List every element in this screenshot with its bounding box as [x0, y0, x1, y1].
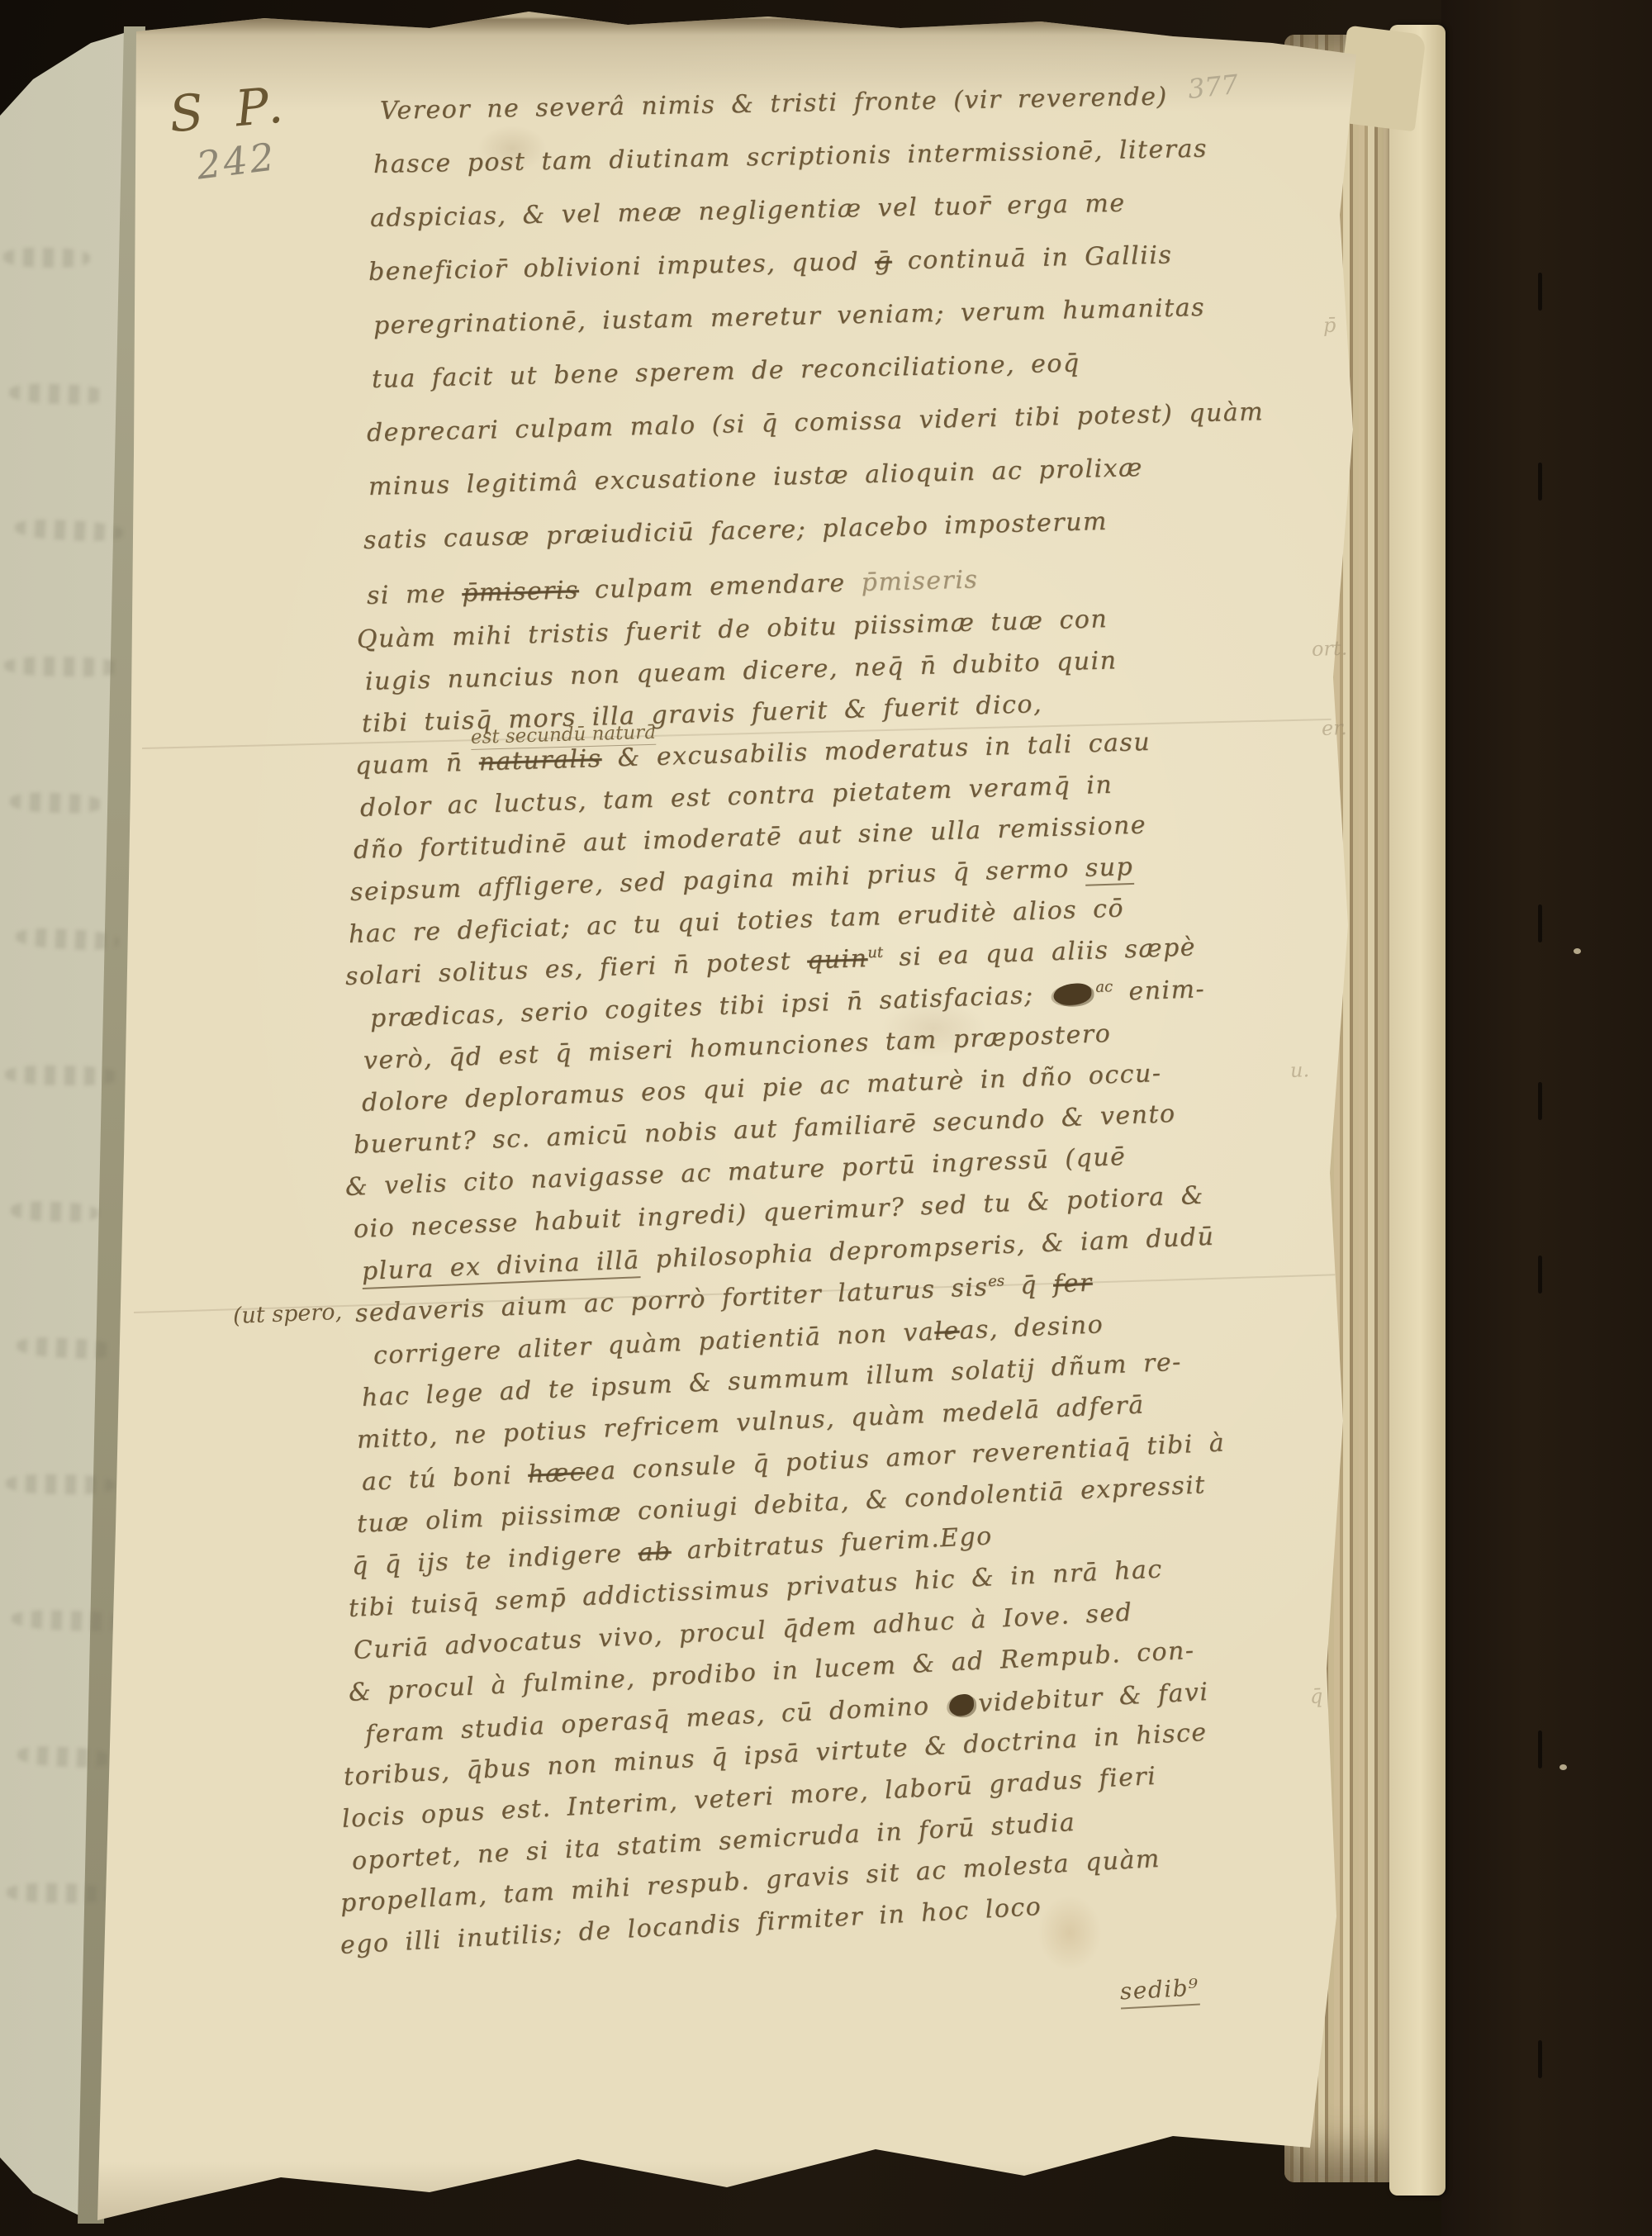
text-run: si ea qua aliis sæpè: [883, 933, 1197, 972]
offset-ink-mark: er.: [1322, 716, 1348, 740]
text-run: culpam emendare: [578, 568, 862, 605]
text-run: enim-: [1113, 975, 1206, 1007]
offset-ink-mark: ort.: [1312, 637, 1348, 661]
text-run: solari solitus es, fieri n̄ potest: [344, 947, 807, 991]
text-run: hasce post tam diutinam scriptionis inte…: [373, 135, 1208, 179]
text-run: tua facit ut bene sperem de reconciliati…: [372, 349, 1080, 394]
text-run: tibi tuisq̄ mors illa gravis fuerit & fu…: [361, 690, 1042, 738]
text-run: p̄miseris: [861, 565, 979, 597]
struck-text: fer: [1052, 1269, 1093, 1299]
manuscript-line: satis causæ præiudiciū facere; placebo i…: [363, 508, 1108, 554]
manuscript-line: Vereor ne severâ nimis & tristi fronte (…: [380, 83, 1168, 125]
salutation-mark: S P.: [167, 76, 293, 145]
manuscript-text: S P. 242 377 sedib⁹ Vereor ne severâ nim…: [0, 0, 1652, 2236]
text-run: plura ex divina illā: [361, 1246, 640, 1289]
text-run: minus legitimâ excusatione iustæ alioqui…: [368, 453, 1144, 501]
text-run: q̄ q̄ ijs te indigere: [351, 1539, 638, 1581]
text-run: es: [988, 1272, 1005, 1290]
manuscript-line: tibi tuisq̄ mors illa gravis fuerit & fu…: [362, 691, 1043, 738]
catchword: sedib⁹: [1119, 1974, 1200, 2010]
manuscript-line: minus legitimâ excusatione iustæ alioqui…: [368, 454, 1144, 501]
text-run: ac tú boni: [361, 1460, 529, 1497]
text-run: ac: [1095, 978, 1113, 996]
text-run: continuā in Galliis: [891, 240, 1172, 275]
text-run: Quàm mihi tristis fuerit de obitu piissi…: [357, 605, 1108, 654]
corner-folio-number: 377: [1186, 69, 1240, 105]
manuscript-line: iugis nuncius non queam dicere, neq̄ n̄ …: [365, 647, 1118, 695]
struck-text: le: [933, 1317, 960, 1346]
text-run: si me: [367, 579, 463, 610]
manuscript-line: dolor ac luctus, tam est contra pietatem…: [359, 771, 1113, 822]
text-run: Ego: [939, 1522, 993, 1553]
pencil-folio-number: 242: [194, 134, 279, 188]
struck-text: ab: [638, 1537, 672, 1568]
text-run: adspicias, & vel meæ negligentiæ vel tuo…: [370, 189, 1126, 233]
offset-ink-mark: p̄: [1323, 314, 1336, 337]
struck-text: quin: [806, 944, 868, 976]
offset-ink-mark: q̄: [1310, 1684, 1323, 1708]
text-run: peregrinationē, iustam meretur veniam; v…: [373, 293, 1206, 340]
struck-text: hæc: [527, 1458, 585, 1489]
struck-text: ḡ: [875, 247, 892, 276]
manuscript-line: Quàm mihi tristis fuerit de obitu piissi…: [357, 605, 1108, 653]
text-run: quam n̄: [354, 748, 479, 781]
text-run: iugis nuncius non queam dicere, neq̄ n̄ …: [365, 646, 1118, 696]
manuscript-line: tua facit ut bene sperem de reconciliati…: [372, 349, 1080, 393]
ink-blot: [949, 1693, 975, 1716]
margin-note: (ut spero,: [232, 1299, 342, 1329]
text-run: & excusabilis moderatus in tali casu: [601, 728, 1151, 773]
manuscript-line: beneficior̄ oblivioni imputes, quod ḡ co…: [368, 241, 1173, 286]
text-run: videbitur & favi: [978, 1678, 1210, 1718]
text-run: philosophia deprompseris, & iam dudū: [639, 1222, 1215, 1275]
ink-blot: [1053, 983, 1092, 1006]
text-run: Vereor ne severâ nimis & tristi fronte (…: [380, 83, 1168, 126]
struck-text: p̄miseris: [462, 576, 580, 608]
text-run: satis causæ præiudiciū facere; placebo i…: [363, 507, 1108, 555]
manuscript-line: peregrinationē, iustam meretur veniam; v…: [373, 294, 1206, 339]
manuscript-line: hasce post tam diutinam scriptionis inte…: [373, 135, 1208, 178]
manuscript-line: adspicias, & vel meæ negligentiæ vel tuo…: [370, 190, 1126, 232]
text-run: ut: [867, 944, 884, 962]
text-run: q̄: [1004, 1270, 1054, 1301]
text-run: arbitratus fuerim.: [671, 1524, 941, 1565]
manuscript-line: si me p̄miseris culpam emendare p̄miseri…: [367, 566, 979, 610]
offset-ink-mark: u.: [1290, 1058, 1310, 1082]
text-run: sup: [1085, 852, 1134, 886]
manuscript-photo: S P. 242 377 sedib⁹ Vereor ne severâ nim…: [0, 0, 1652, 2236]
manuscript-line: deprecari culpam malo (si q̄ comissa vid…: [367, 398, 1265, 447]
text-run: as, desino: [959, 1310, 1104, 1345]
text-run: deprecari culpam malo (si q̄ comissa vid…: [367, 397, 1265, 448]
text-run: beneficior̄ oblivioni imputes, quod: [368, 247, 876, 287]
